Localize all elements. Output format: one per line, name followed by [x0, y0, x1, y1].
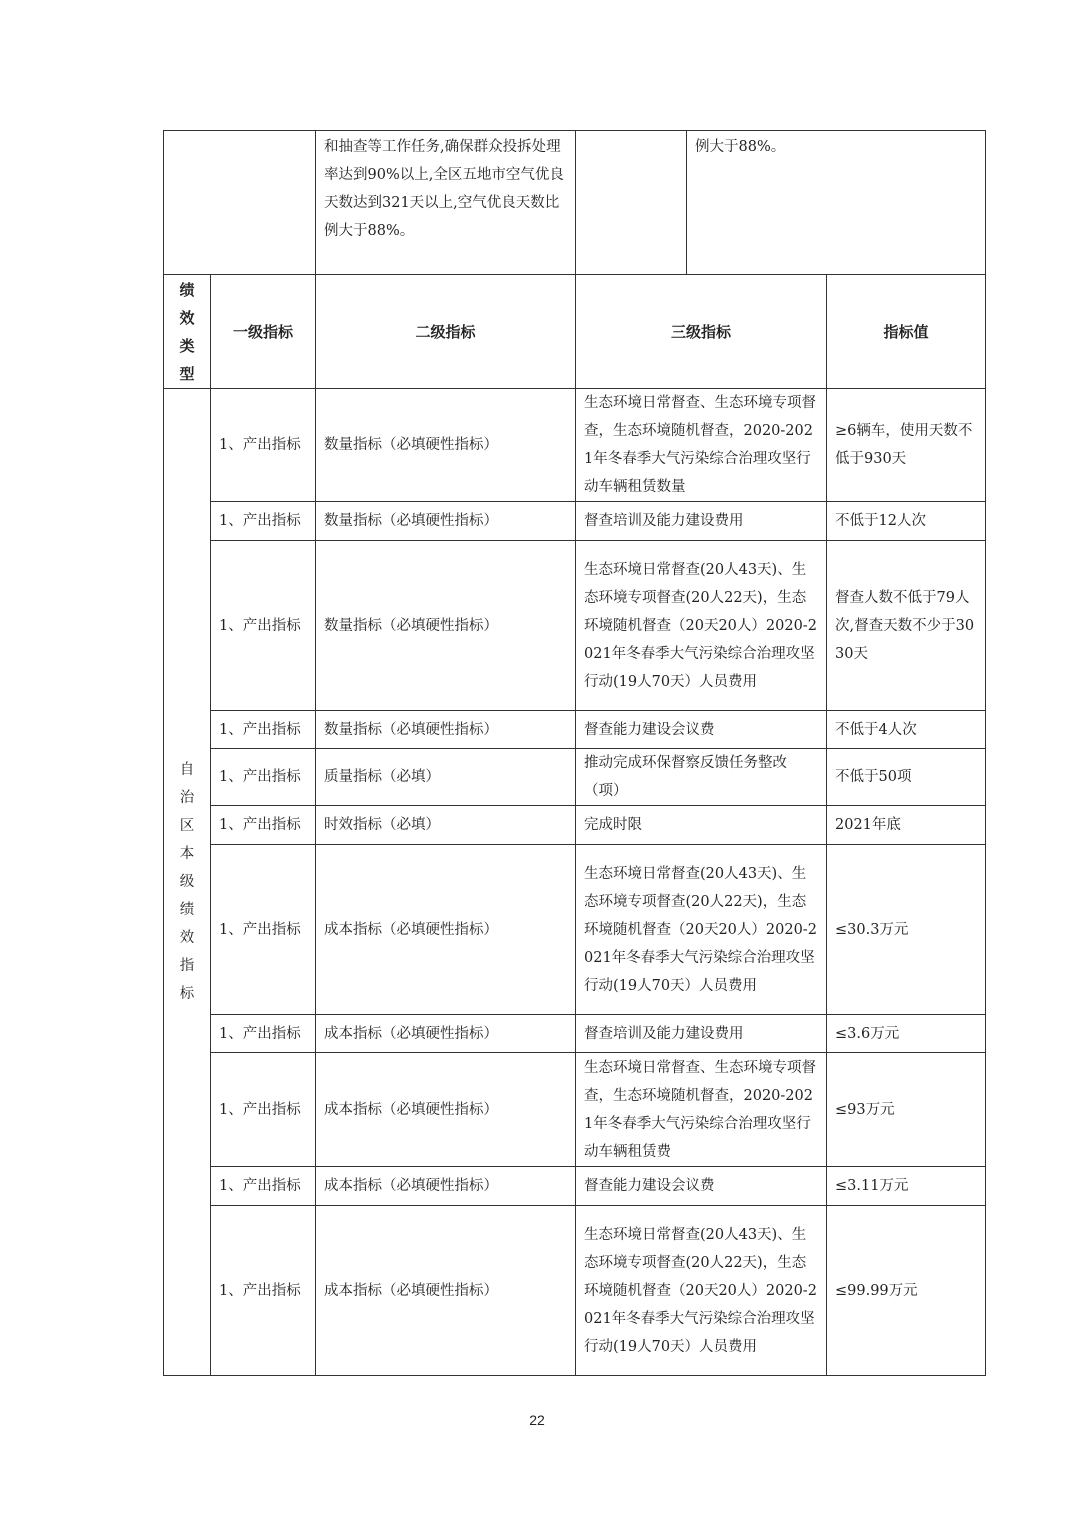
value-cell: ≤99.99万元: [827, 1206, 986, 1376]
table-row: 1、产出指标 成本指标（必填硬性指标） 生态环境日常督查(20人43天)、生态环…: [164, 1206, 986, 1376]
table-row: 1、产出指标 数量指标（必填硬性指标） 督查能力建设会议费 不低于4人次: [164, 711, 986, 749]
continuation-table: 和抽查等工作任务,确保群众投拆处理率达到90%以上,全区五地市空气优良天数达到3…: [163, 130, 986, 275]
level3-cell: 生态环境日常督查、生态环境专项督查，生态环境随机督查，2020-2021年冬春季…: [576, 389, 827, 502]
level1-cell: 1、产出指标: [211, 845, 316, 1015]
continuation-cell-4: 例大于88%。: [687, 131, 986, 275]
value-cell: ≥6辆车，使用天数不低于930天: [827, 389, 986, 502]
continuation-cell-2: 和抽查等工作任务,确保群众投拆处理率达到90%以上,全区五地市空气优良天数达到3…: [316, 131, 576, 275]
level3-cell: 生态环境日常督查(20人43天)、生态环境专项督查(20人22天)，生态环境随机…: [576, 541, 827, 711]
level1-cell: 1、产出指标: [211, 1167, 316, 1206]
level1-cell: 1、产出指标: [211, 1053, 316, 1167]
table-row: 1、产出指标 数量指标（必填硬性指标） 生态环境日常督查(20人43天)、生态环…: [164, 541, 986, 711]
level1-cell: 1、产出指标: [211, 1206, 316, 1376]
header-level2: 二级指标: [316, 275, 576, 389]
value-cell: 不低于50项: [827, 749, 986, 806]
level3-cell: 督查能力建设会议费: [576, 1167, 827, 1206]
level1-cell: 1、产出指标: [211, 541, 316, 711]
continuation-cell-1: [164, 131, 316, 275]
continuation-row: 和抽查等工作任务,确保群众投拆处理率达到90%以上,全区五地市空气优良天数达到3…: [164, 131, 986, 275]
level1-cell: 1、产出指标: [211, 806, 316, 845]
table-row: 1、产出指标 成本指标（必填硬性指标） 督查能力建设会议费 ≤3.11万元: [164, 1167, 986, 1206]
value-cell: 督查人数不低于79人次,督查天数不少于3030天: [827, 541, 986, 711]
continuation-cell-3: [576, 131, 687, 275]
level2-cell: 成本指标（必填硬性指标）: [316, 1167, 576, 1206]
level3-cell: 督查能力建设会议费: [576, 711, 827, 749]
level3-cell: 督查培训及能力建设费用: [576, 1015, 827, 1053]
value-cell: 不低于4人次: [827, 711, 986, 749]
value-cell: ≤3.6万元: [827, 1015, 986, 1053]
table-row: 自治区本级绩效指标 1、产出指标 数量指标（必填硬性指标） 生态环境日常督查、生…: [164, 389, 986, 502]
header-level3: 三级指标: [576, 275, 827, 389]
value-cell: ≤93万元: [827, 1053, 986, 1167]
level2-cell: 成本指标（必填硬性指标）: [316, 845, 576, 1015]
level2-cell: 质量指标（必填）: [316, 749, 576, 806]
level1-cell: 1、产出指标: [211, 502, 316, 541]
level2-cell: 数量指标（必填硬性指标）: [316, 541, 576, 711]
level3-cell: 完成时限: [576, 806, 827, 845]
level3-cell: 生态环境日常督查、生态环境专项督查，生态环境随机督查，2020-2021年冬春季…: [576, 1053, 827, 1167]
table-row: 1、产出指标 成本指标（必填硬性指标） 督查培训及能力建设费用 ≤3.6万元: [164, 1015, 986, 1053]
level3-cell: 生态环境日常督查(20人43天)、生态环境专项督查(20人22天)，生态环境随机…: [576, 1206, 827, 1376]
header-level1: 一级指标: [211, 275, 316, 389]
header-value: 指标值: [827, 275, 986, 389]
level1-cell: 1、产出指标: [211, 1015, 316, 1053]
value-cell: 不低于12人次: [827, 502, 986, 541]
level1-cell: 1、产出指标: [211, 711, 316, 749]
table-row: 1、产出指标 成本指标（必填硬性指标） 生态环境日常督查、生态环境专项督查，生态…: [164, 1053, 986, 1167]
level2-cell: 数量指标（必填硬性指标）: [316, 389, 576, 502]
level3-cell: 生态环境日常督查(20人43天)、生态环境专项督查(20人22天)，生态环境随机…: [576, 845, 827, 1015]
value-cell: ≤30.3万元: [827, 845, 986, 1015]
table-body: 自治区本级绩效指标 1、产出指标 数量指标（必填硬性指标） 生态环境日常督查、生…: [164, 389, 986, 1376]
level2-cell: 成本指标（必填硬性指标）: [316, 1015, 576, 1053]
level2-cell: 成本指标（必填硬性指标）: [316, 1206, 576, 1376]
table-header-row: 绩效类型 一级指标 二级指标 三级指标 指标值: [164, 275, 986, 389]
level2-cell: 时效指标（必填）: [316, 806, 576, 845]
category-cell: 自治区本级绩效指标: [164, 389, 211, 1376]
level3-cell: 推动完成环保督察反馈任务整改（项）: [576, 749, 827, 806]
level2-cell: 数量指标（必填硬性指标）: [316, 711, 576, 749]
page-number: 22: [0, 1412, 1074, 1428]
header-performance-type: 绩效类型: [164, 275, 211, 389]
category-label: 自治区本级绩效指标: [168, 756, 206, 1008]
table-row: 1、产出指标 质量指标（必填） 推动完成环保督察反馈任务整改（项） 不低于50项: [164, 749, 986, 806]
level2-cell: 成本指标（必填硬性指标）: [316, 1053, 576, 1167]
level1-cell: 1、产出指标: [211, 389, 316, 502]
table-row: 1、产出指标 时效指标（必填） 完成时限 2021年底: [164, 806, 986, 845]
performance-indicator-table: 绩效类型 一级指标 二级指标 三级指标 指标值 自治区本级绩效指标 1、产出指标…: [163, 274, 986, 1376]
level1-cell: 1、产出指标: [211, 749, 316, 806]
level3-cell: 督查培训及能力建设费用: [576, 502, 827, 541]
value-cell: ≤3.11万元: [827, 1167, 986, 1206]
table-row: 1、产出指标 成本指标（必填硬性指标） 生态环境日常督查(20人43天)、生态环…: [164, 845, 986, 1015]
level2-cell: 数量指标（必填硬性指标）: [316, 502, 576, 541]
header-performance-type-label: 绩效类型: [168, 276, 206, 388]
table-row: 1、产出指标 数量指标（必填硬性指标） 督查培训及能力建设费用 不低于12人次: [164, 502, 986, 541]
value-cell: 2021年底: [827, 806, 986, 845]
document-page: 和抽查等工作任务,确保群众投拆处理率达到90%以上,全区五地市空气优良天数达到3…: [0, 0, 1074, 1520]
